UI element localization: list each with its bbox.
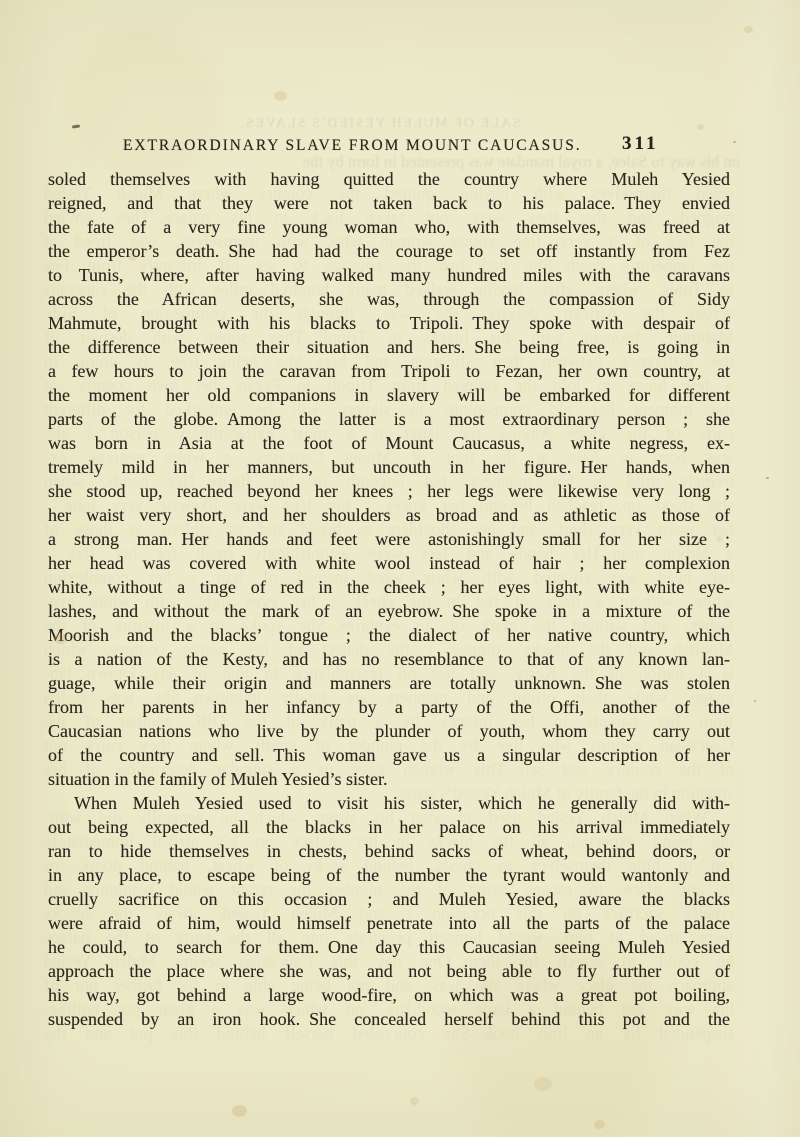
running-header: EXTRAORDINARY SLAVE FROM MOUNT CAUCASUS.… [0, 0, 800, 160]
text-line: the difference between their situation a… [48, 335, 730, 359]
book-page: SALE OF MULEH YESIED’S SLAVES. on his wa… [0, 0, 800, 1137]
text-line: suspended by an iron hook. She concealed… [48, 1007, 730, 1031]
text-line: the fate of a very fine young woman who,… [48, 215, 730, 239]
foxing-spot [410, 1097, 419, 1105]
text-line: in any place, to escape being of the num… [48, 863, 730, 887]
text-line: cruelly sacrifice on this occasion ; and… [48, 887, 730, 911]
text-line: Moorish and the blacks’ tongue ; the dia… [48, 623, 730, 647]
foxing-spot [232, 1105, 247, 1117]
text-line: her head was covered with white wool ins… [48, 551, 730, 575]
text-line: white, without a tinge of red in the che… [48, 575, 730, 599]
text-line: was born in Asia at the foot of Mount Ca… [48, 431, 730, 455]
text-line: reigned, and that they were not taken ba… [48, 191, 730, 215]
text-line: the emperor’s death. She had had the cou… [48, 239, 730, 263]
text-line: she stood up, reached beyond her knees ;… [48, 479, 730, 503]
text-line: situation in the family of Muleh Yesied’… [48, 767, 730, 791]
foxing-spot [534, 1077, 552, 1091]
text-line: were afraid of him, would himself penetr… [48, 911, 730, 935]
text-line: Caucasian nations who live by the plunde… [48, 719, 730, 743]
text-line: across the African deserts, she was, thr… [48, 287, 730, 311]
text-line: soled themselves with having quitted the… [48, 167, 730, 191]
text-line: of the country and sell. This woman gave… [48, 743, 730, 767]
text-line: lashes, and without the mark of an eyebr… [48, 599, 730, 623]
text-line: he could, to search for them. One day th… [48, 935, 730, 959]
text-line: approach the place where she was, and no… [48, 959, 730, 983]
page-number: 311 [622, 133, 658, 155]
text-line: from her parents in her infancy by a par… [48, 695, 730, 719]
text-line: the moment her old companions in slavery… [48, 383, 730, 407]
foxing-spot [594, 1120, 605, 1129]
text-line: a strong man. Her hands and feet were as… [48, 527, 730, 551]
body-text: soled themselves with having quitted the… [48, 167, 730, 1031]
text-line: Mahmute, brought with his blacks to Trip… [48, 311, 730, 335]
running-header-title: EXTRAORDINARY SLAVE FROM MOUNT CAUCASUS. [123, 137, 582, 155]
text-line: his way, got behind a large wood-fire, o… [48, 983, 730, 1007]
text-line: to Tunis, where, after having walked man… [48, 263, 730, 287]
text-line: guage, while their origin and manners ar… [48, 671, 730, 695]
text-line: When Muleh Yesied used to visit his sist… [48, 791, 730, 815]
text-line: out being expected, all the blacks in he… [48, 815, 730, 839]
text-line: is a nation of the Kesty, and has no res… [48, 647, 730, 671]
dust-speck [766, 477, 769, 479]
text-line: tremely mild in her manners, but uncouth… [48, 455, 730, 479]
text-line: parts of the globe. Among the latter is … [48, 407, 730, 431]
dust-speck [754, 700, 756, 702]
text-line: her waist very short, and her shoulders … [48, 503, 730, 527]
text-line: a few hours to join the caravan from Tri… [48, 359, 730, 383]
text-line: ran to hide themselves in chests, behind… [48, 839, 730, 863]
